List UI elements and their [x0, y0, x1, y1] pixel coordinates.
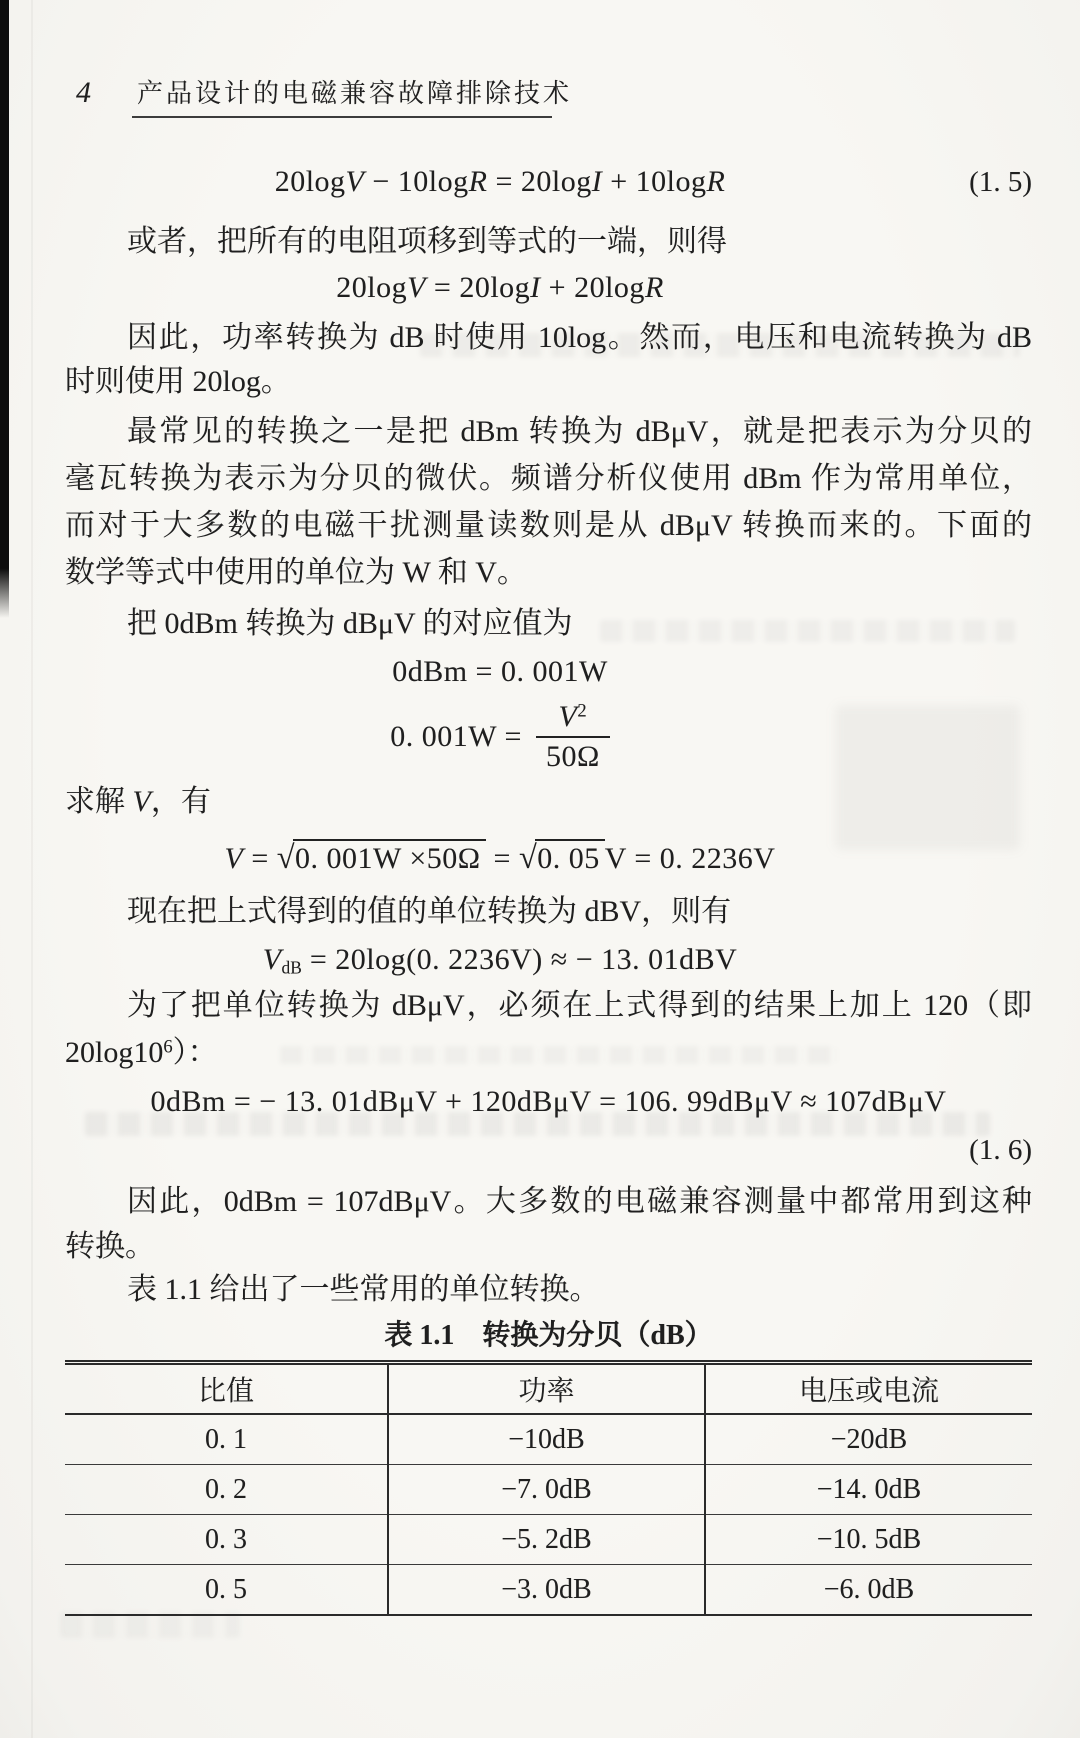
paragraph-db-usage-line2: 时则使用 20log。 — [65, 362, 1032, 402]
paragraph-move-resistance: 或者，把所有的电阻项移到等式的一端，则得 — [65, 222, 1032, 262]
fraction-lhs: 0. 001W = — [390, 720, 530, 754]
scanned-book-page: 4 产品设计的电磁兼容故障排除技术 20logV − 10logR = 20lo… — [0, 0, 1080, 1738]
running-head-rule — [132, 116, 552, 118]
scan-edge-artifact — [0, 0, 9, 618]
table-header-voltage-current: 电压或电流 — [705, 1363, 1032, 1415]
paragraph-db-usage-line1: 因此，功率转换为 dB 时使用 10log。然而，电压和电流转换为 dB — [65, 318, 1032, 358]
equation-1-6: 0dBm = − 13. 01dBμV + 120dBμV = 106. 99d… — [65, 1080, 1032, 1124]
table-cell: −6. 0dB — [705, 1565, 1032, 1616]
equation-vdb: VdB = 20log(0. 2236V) ≈ − 13. 01dBV — [65, 938, 935, 982]
table-cell: 0. 3 — [65, 1515, 388, 1565]
equation-power-fraction: 0. 001W = V250Ω — [65, 698, 935, 776]
paragraph-add-120-line2: 20log106）： — [65, 1033, 1032, 1073]
table-cell: 0. 2 — [65, 1465, 388, 1515]
table-cell: −10dB — [388, 1414, 705, 1465]
table-row: 0. 5 −3. 0dB −6. 0dB — [65, 1565, 1032, 1616]
paragraph-solve-v: 求解 V，有 — [65, 782, 1032, 822]
equation-combined: 20logV = 20logI + 20logR — [65, 266, 935, 310]
paragraph-common-conversion-line2: 毫瓦转换为表示为分贝的微伏。频谱分析仪使用 dBm 作为常用单位， — [65, 459, 1032, 499]
paragraph-common-conversion-line4: 数学等式中使用的单位为 W 和 V。 — [65, 553, 1032, 593]
table-cell: −14. 0dB — [705, 1465, 1032, 1515]
conversion-table: 比值 功率 电压或电流 0. 1 −10dB −20dB 0. 2 −7. 0d… — [65, 1360, 1032, 1616]
table-cell: 0. 1 — [65, 1414, 388, 1465]
paragraph-convert-0dbm: 把 0dBm 转换为 dBμV 的对应值为 — [65, 604, 1032, 644]
page-number: 4 — [76, 74, 91, 112]
running-title: 产品设计的电磁兼容故障排除技术 — [137, 76, 572, 112]
table-cell: −10. 5dB — [705, 1515, 1032, 1565]
equation-sqrt: V = √0. 001W ×50Ω = √0. 05V = 0. 2236V — [65, 836, 935, 881]
equation-number-1-6: (1. 6) — [65, 1128, 1032, 1172]
table-cell: −20dB — [705, 1414, 1032, 1465]
table-row: 0. 1 −10dB −20dB — [65, 1414, 1032, 1465]
paragraph-common-conversion-line3: 而对于大多数的电磁干扰测量读数则是从 dBμV 转换而来的。下面的 — [65, 506, 1032, 546]
table-header-power: 功率 — [388, 1363, 705, 1415]
table-cell: −3. 0dB — [388, 1565, 705, 1616]
gutter-shadow — [31, 0, 33, 1738]
table-row: 0. 2 −7. 0dB −14. 0dB — [65, 1465, 1032, 1515]
table-cell: 0. 5 — [65, 1565, 388, 1616]
table-header-ratio: 比值 — [65, 1363, 388, 1415]
fraction-numerator: V2 — [549, 700, 598, 736]
paragraph-table-intro: 表 1.1 给出了一些常用的单位转换。 — [65, 1270, 1032, 1310]
paragraph-common-conversion-line1: 最常见的转换之一是把 dBm 转换为 dBμV，就是把表示为分贝的 — [65, 412, 1032, 452]
table-cell: −7. 0dB — [388, 1465, 705, 1515]
fraction: V250Ω — [536, 700, 610, 774]
paragraph-therefore-line1: 因此，0dBm = 107dBμV。大多数的电磁兼容测量中都常用到这种 — [65, 1182, 1032, 1222]
table-cell: −5. 2dB — [388, 1515, 705, 1565]
equation-number-1-5: (1. 5) — [65, 160, 1032, 204]
paragraph-therefore-line2: 转换。 — [65, 1227, 1032, 1267]
table-header-row: 比值 功率 电压或电流 — [65, 1363, 1032, 1415]
paragraph-add-120-line1: 为了把单位转换为 dBμV，必须在上式得到的结果上加上 120（即 — [65, 986, 1032, 1026]
table-row: 0. 3 −5. 2dB −10. 5dB — [65, 1515, 1032, 1565]
fraction-denominator: 50Ω — [536, 736, 610, 775]
equation-0dbm-power: 0dBm = 0. 001W — [65, 650, 935, 694]
table-caption: 表 1.1 转换为分贝（dB） — [65, 1318, 1032, 1354]
paragraph-now-dbv: 现在把上式得到的值的单位转换为 dBV，则有 — [65, 892, 1032, 932]
